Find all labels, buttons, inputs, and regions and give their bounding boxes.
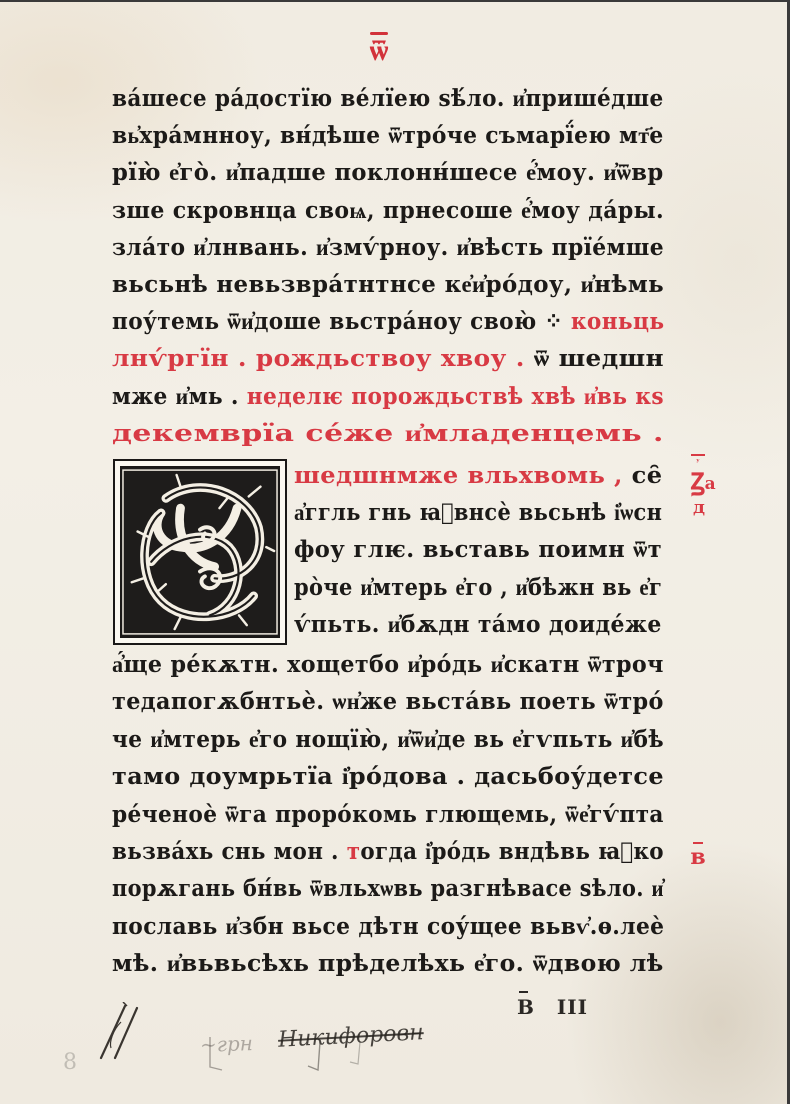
book-page: ѿ ва́шесе ра́достїю ве́лїею ѕѣ́ло. и҆при… [0,2,787,1104]
margin-note-v: в [688,842,708,868]
body-text: ѵ́пьть. и҆бѫдн та́мо доиде́же [294,610,662,638]
text-line: вьсьнѣ невьзвра́тнтнсе ке҆и҆ро́доу, и҆нѣ… [112,264,664,304]
text-line: че и҆мтерь е҆го нощїю̀, и҆ѿи҆де вь е҆гѵп… [112,719,664,759]
text-line: лнѵ́ргїн . рождьствоу хвоу . ѿ шедшн [112,338,664,378]
text-line: декемврїа се́же и҆младенцемь . [112,413,664,453]
signature-letter: В [517,995,535,1019]
margin-letter-v: в [690,844,705,870]
rubric-text: т [347,837,361,865]
body-text: ѿ шедшн [534,344,664,372]
handwritten-strokes-icon [95,1002,145,1062]
body-text: ро̀че и҆мтерь е҆го , и҆бѣжн вь е҆г [294,573,662,601]
folio-letter: ѿ [370,33,389,68]
body-text: вь҆хра́мнноу, вн́дѣше ѿтро́че съмарї́ею … [112,121,664,149]
text-line: вь҆хра́мнноу, вн́дѣше ѿтро́че съмарї́ею … [112,115,664,155]
text-line: ва́шесе ра́достїю ве́лїею ѕѣ́ло. и҆прише… [112,78,664,118]
margin-letter-a: а [705,474,716,494]
initial-woodcut [120,466,280,638]
signature-numeral: III [557,995,588,1019]
interlace-ornament-icon [122,468,278,636]
body-text: ре́ченоѐ ѿга проро́комь глющемь, ѿе҆гѵ́п… [112,800,664,828]
rubric-text: декемврїа се́же и҆младенцемь . [112,419,664,447]
pencil-strokes-icon [180,1022,380,1082]
body-text: тамо доумрьтїа і҆ро́дова . дасьбоу́детсе [112,762,664,790]
body-text: а҆ггль гнь ꙗ҆внсѐ вьсьнѣ і҆ѡсн [294,498,662,526]
folio-mark: ѿ [364,32,394,66]
body-text: огда і҆ро́дь вндѣвь ꙗ҆ко [360,837,664,865]
text-line: ро̀че и҆мтерь е҆го , и҆бѣжн вь е҆г [294,567,662,607]
body-text: а҆́ще ре́кѫтн. хощетбо и҆ро́дь и҆скатн ѿ… [112,650,664,678]
body-text: зла́то и҆лнвань. и҆змѵ́рноу. и҆вѣсть прї… [112,233,664,261]
text-line: мже и҆мь . неделѥ порождьствѣ хвѣ и҆вь к… [112,376,664,416]
margin-letter-d: д [675,499,723,517]
text-line: ѵ́пьть. и҆бѫдн та́мо доиде́же [294,604,662,644]
body-text: се̑ [632,461,663,489]
signature-mark: ВIII [517,995,588,1019]
text-line: вьзва́хь снь мон . тогда і҆ро́дь вндѣвь … [112,831,664,871]
text-line: мѣ. и҆вьвьсѣхь прѣделѣхь е҆го. ѿдвою лѣ [112,943,664,983]
margin-letter-z: ꙁ [690,462,704,497]
rubric-text: лнѵ́ргїн . рождьствоу хвоу . [112,344,534,372]
text-line: порѫгань бн́вь ѿвльхѡвь разгнѣвасе ѕѣло.… [112,868,664,908]
body-text: порѫгань бн́вь ѿвльхѡвь разгнѣвасе ѕѣло.… [112,874,664,902]
text-line: фоу глѥ. вьставь поимн ѿт [294,529,662,569]
text-line: тедапогѫбнтьѐ. ѡн҆же вьста́вь поеть ѿтро… [112,681,664,721]
body-text: ва́шесе ра́достїю ве́лїею ѕѣ́ло. и҆прише… [112,84,664,112]
body-text: мѣ. и҆вьвьсѣхь прѣделѣхь е҆го. ѿдвою лѣ [112,949,664,977]
pencil-number: 8 [63,1050,77,1075]
body-text: рїю̀ е҆го̀. и҆падше поклонн́шесе е҆́моу.… [112,158,664,186]
body-text: вьсьнѣ невьзвра́тнтнсе ке҆и҆ро́доу, и҆нѣ… [112,270,664,298]
text-line: тамо доумрьтїа і҆ро́дова . дасьбоу́детсе [112,756,664,796]
body-text: поу́темь ѿи҆доше вьстра́ноу свою̀ ⁘ [112,307,571,335]
text-line: пославь и҆збн вьсе дѣтн соу́щее вьвѵ҆.ѳ.… [112,906,664,946]
body-text: пославь и҆збн вьсе дѣтн соу́щее вьвѵ҆.ѳ.… [112,912,664,940]
rubric-text: неделѥ порождьствѣ хвѣ и҆вь кѕ [247,382,664,410]
body-text: че и҆мтерь е҆го нощїю̀, и҆ѿи҆де вь е҆гѵп… [112,725,664,753]
rubric-text: шедшнмже вльхвомь , [294,461,632,489]
text-line: ре́ченоѐ ѿга проро́комь глющемь, ѿе҆гѵ́п… [112,794,664,834]
body-text: вьзва́хь снь мон . [112,837,347,865]
text-line: зла́то и҆лнвань. и҆змѵ́рноу. и҆вѣсть прї… [112,227,664,267]
text-line: зше скровнца своѩ, прнесоше е҆́моу да́ры… [112,190,664,230]
text-line: а҆́ще ре́кѫтн. хощетбо и҆ро́дь и҆скатн ѿ… [112,644,664,684]
text-line: шедшнмже вльхвомь , се̑ [294,455,662,495]
rubric-text: коньць [571,307,665,335]
text-line: а҆ггль гнь ꙗ҆внсѐ вьсьнѣ і҆ѡсн [294,492,662,532]
body-text: зше скровнца своѩ, прнесоше е҆́моу да́ры… [112,196,664,224]
decorated-initial [113,459,287,645]
body-text: фоу глѥ. вьставь поимн ѿт [294,535,662,563]
body-text: мже и҆мь . [112,382,247,410]
margin-note-za: ʸ ꙁа д [683,454,723,517]
text-line: поу́темь ѿи҆доше вьстра́ноу свою̀ ⁘ конь… [112,301,664,341]
text-line: рїю̀ е҆го̀. и҆падше поклонн́шесе е҆́моу.… [112,152,664,192]
body-text: тедапогѫбнтьѐ. ѡн҆же вьста́вь поеть ѿтро… [112,687,664,715]
